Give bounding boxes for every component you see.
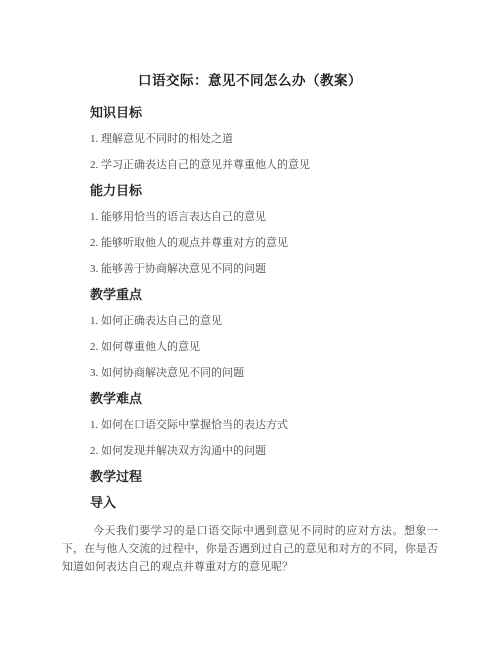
lesson-plan-document: 口语交际：意见不同怎么办（教案） 知识目标 1. 理解意见不同时的相处之道 2.… <box>0 0 500 647</box>
list-item: 1. 如何在口语交际中掌握恰当的表达方式 <box>90 418 438 432</box>
document-title: 口语交际：意见不同怎么办（教案） <box>62 72 438 90</box>
section-heading-introduction: 导入 <box>90 496 438 510</box>
section-heading-knowledge-goals: 知识目标 <box>90 106 438 120</box>
intro-paragraph: 今天我们要学习的是口语交际中遇到意见不同时的应对方法。想象一下，在与他人交流的过… <box>62 522 438 576</box>
list-item: 2. 如何尊重他人的意见 <box>90 340 438 354</box>
list-item: 1. 能够用恰当的语言表达自己的意见 <box>90 210 438 224</box>
section-heading-teaching-key-points: 教学重点 <box>90 288 438 302</box>
list-item: 1. 理解意见不同时的相处之道 <box>90 132 438 146</box>
section-heading-ability-goals: 能力目标 <box>90 184 438 198</box>
section-heading-teaching-process: 教学过程 <box>90 470 438 484</box>
list-item: 2. 学习正确表达自己的意见并尊重他人的意见 <box>90 158 438 172</box>
section-heading-teaching-difficulties: 教学难点 <box>90 392 438 406</box>
list-item: 1. 如何正确表达自己的意见 <box>90 314 438 328</box>
list-item: 3. 如何协商解决意见不同的问题 <box>90 366 438 380</box>
list-item: 2. 如何发现并解决双方沟通中的问题 <box>90 444 438 458</box>
list-item: 3. 能够善于协商解决意见不同的问题 <box>90 262 438 276</box>
list-item: 2. 能够听取他人的观点并尊重对方的意见 <box>90 236 438 250</box>
